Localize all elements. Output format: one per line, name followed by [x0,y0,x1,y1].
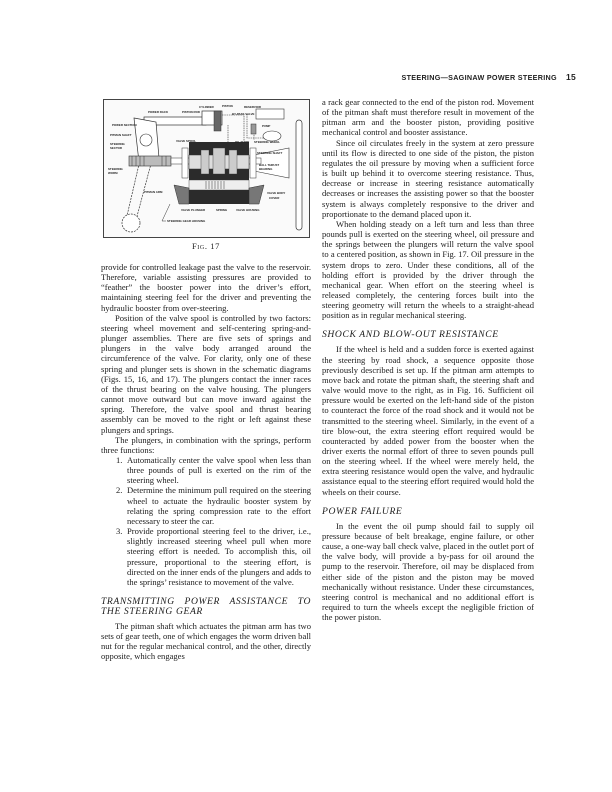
list-item: 1.Automatically center the valve spool w… [101,455,311,485]
list-item: 3.Provide proportional steering feel to … [101,526,311,587]
label-steering-shaft: STEERING SHAFT [257,151,282,155]
label-steering-gear-housing: STEERING GEAR HOUSING [167,219,206,223]
paragraph: When holding steady on a left turn and l… [322,219,534,321]
label-cylinder: CYLINDER [199,105,215,109]
label-oil-flow: OIL FLOW [235,140,249,144]
label-valve-body-cover-2: COVER [269,196,280,200]
page-number: 15 [566,72,576,82]
paragraph: The plungers, in combination with the sp… [101,435,311,455]
running-title: STEERING—SAGINAW POWER STEERING [401,73,556,82]
list-number: 3. [116,526,122,536]
label-steering-sector-2: SECTOR [110,146,123,150]
label-piston-rod: PISTON ROD [182,110,200,114]
paragraph: The pitman shaft which actuates the pitm… [101,621,311,662]
paragraph: If the wheel is held and a sudden force … [322,344,534,496]
section-heading: Shock and Blow-Out Resistance [322,330,534,340]
label-pitman-shaft: PITMAN SHAFT [110,133,132,137]
running-head: STEERING—SAGINAW POWER STEERING 15 [322,72,576,82]
list-number: 1. [116,455,122,465]
label-reservoir: RESERVOIR [244,105,262,109]
label-bypass-valve: BY-PASS VALVE [232,112,255,116]
figure-caption: Fig. 17 [101,241,311,251]
label-steering-wheel: STEERING WHEEL [254,140,280,144]
label-steering-worm-2: WORM [108,171,118,175]
label-pitman-arm: PITMAN ARM [144,190,163,194]
list-text: Automatically center the valve spool whe… [127,455,311,485]
label-pump: PUMP [262,124,270,128]
paragraph: a rack gear connected to the end of the … [322,97,534,138]
paragraph: provide for controlled leakage past the … [101,262,311,313]
label-spring: SPRING [216,208,228,212]
left-column: provide for controlled leakage past the … [101,262,311,662]
label-power-section: POWER SECTION [112,123,137,127]
section-heading: Power Failure [322,507,534,517]
label-piston: PISTON [222,104,233,108]
list-item: 2.Determine the minimum pull required on… [101,485,311,526]
label-power-rack: POWER RACK [148,110,169,114]
section-heading: Transmitting Power Assistance to the Ste… [101,597,311,617]
label-valve-housing: VALVE HOUSING [236,208,260,212]
label-valve-body-cover: VALVE BODY [267,191,285,195]
right-column: a rack gear connected to the end of the … [322,97,534,622]
list-text: Provide proportional steering feel to th… [127,526,311,587]
paragraph: In the event the oil pump should fail to… [322,521,534,623]
figure-17-diagram: POWER RACK PISTON ROD CYLINDER PISTON RE… [103,99,310,238]
label-valve-spool: VALVE SPOOL [176,139,196,143]
list-number: 2. [116,485,122,495]
power-steering-schematic: POWER RACK PISTON ROD CYLINDER PISTON RE… [104,100,309,237]
paragraph: Position of the valve spool is controlle… [101,313,311,435]
list-text: Determine the minimum pull required on t… [127,485,311,525]
label-ball-thrust-bearing-2: BEARING [259,167,273,171]
label-valve-plunger: VALVE PLUNGER [181,208,206,212]
functions-list: 1.Automatically center the valve spool w… [101,455,311,587]
paragraph: Since oil circulates freely in the syste… [322,138,534,219]
